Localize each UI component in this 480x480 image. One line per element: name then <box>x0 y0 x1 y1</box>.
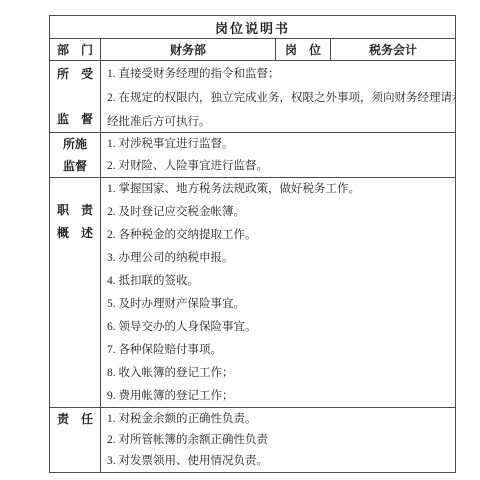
list-item: 2. 及时登记应交税金帐簿。 <box>107 201 455 224</box>
section-responsibility: 责 任 1. 对税金余额的正确性负责。 2. 对所管帐簿的余额正确性负责 3. … <box>50 408 455 472</box>
section-label-line: 职 责 <box>57 199 93 222</box>
section-label-line: 监督 <box>63 155 87 177</box>
list-item: 2. 对所管帐簿的余额正确性负责 <box>107 430 455 451</box>
list-item: 8. 收入帐簿的登记工作； <box>107 362 455 385</box>
section-label-responsibility: 责 任 <box>50 408 101 472</box>
list-item: 2. 各种税金的交纳提取工作。 <box>107 224 455 247</box>
list-item: 1. 直接受财务经理的指令和监督； <box>107 62 455 86</box>
doc-title: 岗位说明书 <box>50 18 455 37</box>
header-row: 部 门 财务部 岗 位 税务会计 <box>50 39 455 61</box>
list-item: 5. 及时办理财产保险事宜。 <box>107 293 455 316</box>
list-item: 1. 对涉税事宜进行监督。 <box>107 133 455 155</box>
section-content: 1. 对税金余额的正确性负责。 2. 对所管帐簿的余额正确性负责 3. 对发票领… <box>101 408 455 472</box>
section-label-duties-overview: 职 责 概 述 <box>50 178 101 407</box>
section-content: 1. 直接受财务经理的指令和监督； 2. 在规定的权限内，独立完成业务，权限之外… <box>101 61 455 132</box>
position-label: 岗 位 <box>276 39 331 60</box>
section-content: 1. 掌握国家、地方税务法规政策，做好税务工作。 2. 及时登记应交税金帐簿。 … <box>101 178 455 407</box>
list-item: 3. 对发票领用、使用情况负责。 <box>107 451 455 472</box>
job-description-table: 岗位说明书 部 门 财务部 岗 位 税务会计 所 受 监 督 1. 直接受财务经… <box>49 15 456 473</box>
list-item: 1. 对税金余额的正确性负责。 <box>107 409 455 430</box>
list-item: 2. 对财险、人险事宜进行监督。 <box>107 155 455 177</box>
list-item: 3. 办理公司的纳税申报。 <box>107 247 455 270</box>
section-duties-overview: 职 责 概 述 1. 掌握国家、地方税务法规政策，做好税务工作。 2. 及时登记… <box>50 178 455 408</box>
section-label-supervision-received: 所 受 监 督 <box>50 61 101 132</box>
title-row: 岗位说明书 <box>50 16 455 39</box>
section-label-line: 监 督 <box>57 107 93 131</box>
section-label-supervision-given: 所施 监督 <box>50 133 101 177</box>
list-item: 1. 掌握国家、地方税务法规政策，做好税务工作。 <box>107 178 455 201</box>
list-item: 4. 抵扣联的签收。 <box>107 270 455 293</box>
list-item: 6. 领导交办的人身保险事宜。 <box>107 316 455 339</box>
section-supervision-given: 所施 监督 1. 对涉税事宜进行监督。 2. 对财险、人险事宜进行监督。 <box>50 133 455 178</box>
list-item: 7. 各种保险赔付事项。 <box>107 339 455 362</box>
position-value: 税务会计 <box>331 39 455 60</box>
department-label: 部 门 <box>50 39 101 60</box>
section-label-line: 所 受 <box>57 62 93 86</box>
document-page: 岗位说明书 部 门 财务部 岗 位 税务会计 所 受 监 督 1. 直接受财务经… <box>0 0 480 480</box>
section-label-line: 所施 <box>63 133 87 155</box>
department-value: 财务部 <box>101 39 276 60</box>
section-content: 1. 对涉税事宜进行监督。 2. 对财险、人险事宜进行监督。 <box>101 133 455 177</box>
section-label-line: 责 任 <box>57 409 93 430</box>
list-item: 9. 费用帐簿的登记工作； <box>107 385 455 408</box>
section-supervision-received: 所 受 监 督 1. 直接受财务经理的指令和监督； 2. 在规定的权限内，独立完… <box>50 61 455 133</box>
list-item: 2. 在规定的权限内，独立完成业务，权限之外事项，须向财务经理请示， <box>107 86 455 110</box>
list-item: 经批准后方可执行。 <box>107 110 455 133</box>
section-label-line: 概 述 <box>57 222 93 245</box>
